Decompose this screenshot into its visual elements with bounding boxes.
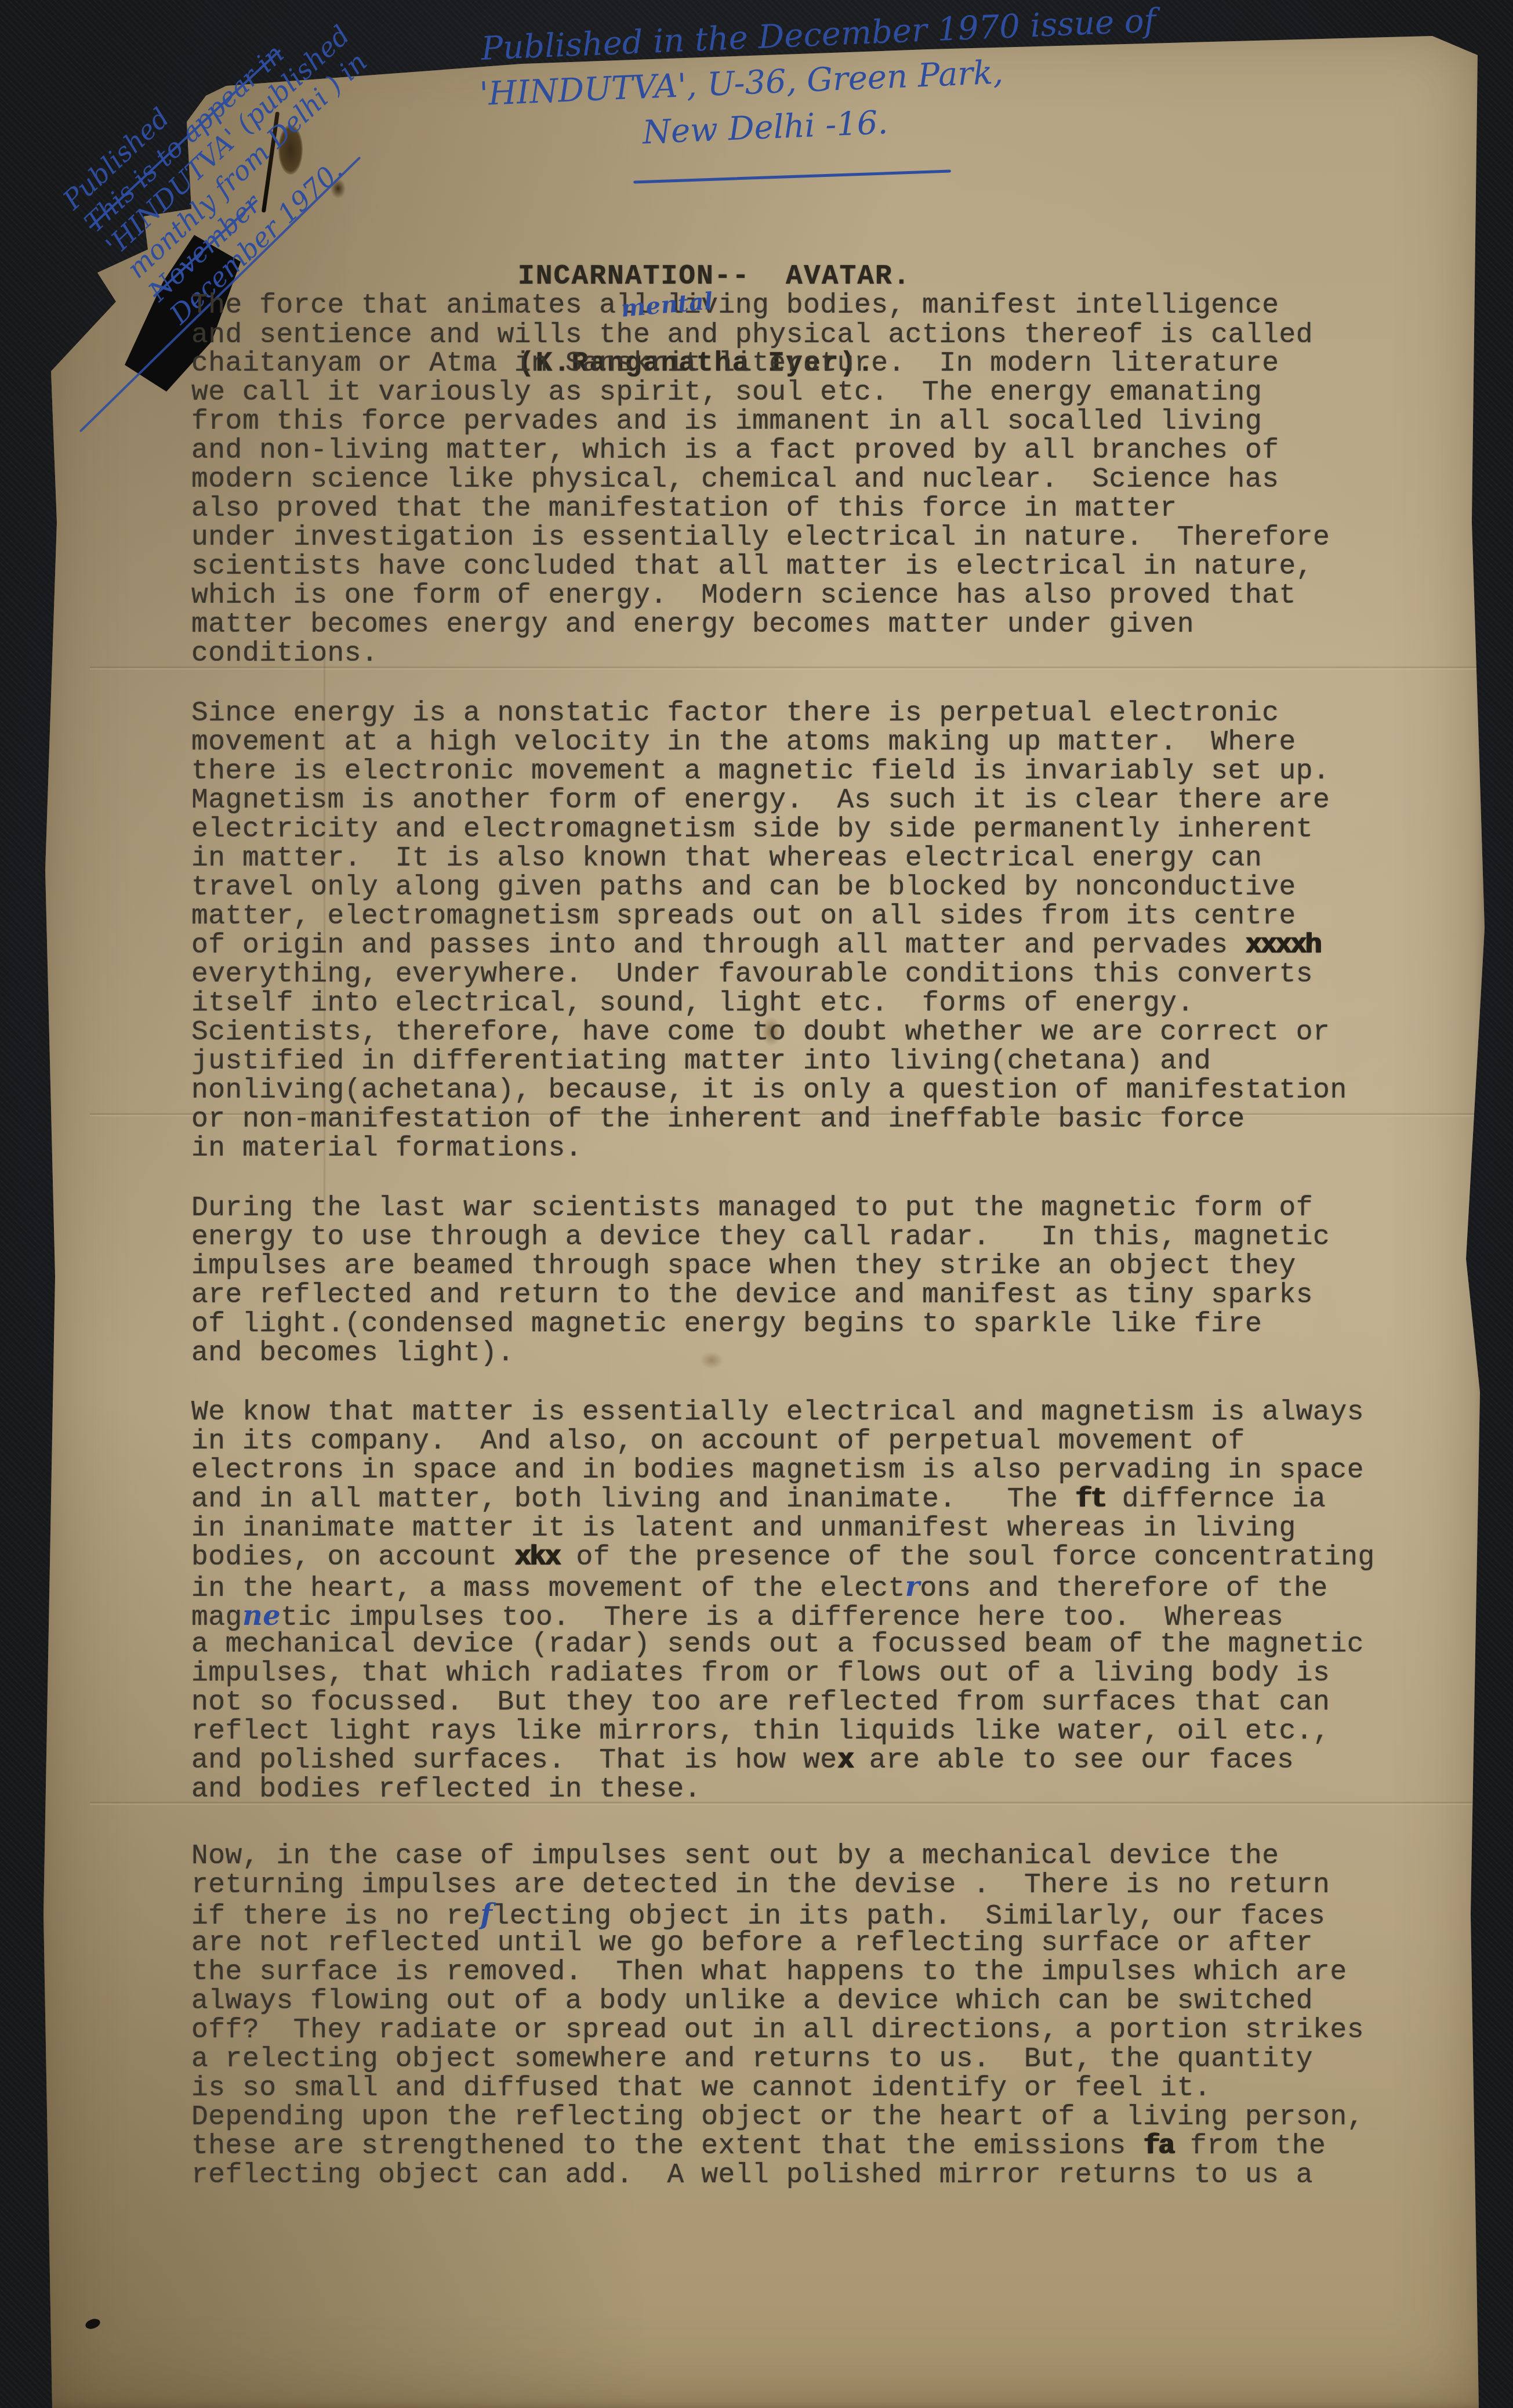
typed-text: Since energy is a nonstatic factor there… (191, 698, 1279, 729)
ink-blot (84, 2317, 101, 2330)
typed-line: chaitanyam or Atma in Sanskrit literatur… (191, 349, 1330, 378)
typed-text: justified in differentiating matter into… (191, 1046, 1211, 1077)
typed-line: returning impulses are detected in the d… (191, 1871, 1364, 1900)
typed-text: and polished surfaces. That is how we (191, 1745, 837, 1776)
typed-text: movement at a high velocity in the atoms… (191, 727, 1296, 758)
overstrike-text: ft (1075, 1484, 1105, 1515)
typed-text: in inanimate matter it is latent and unm… (191, 1513, 1296, 1544)
typed-text: energy to use through a device they call… (191, 1222, 1330, 1253)
typed-text: matter becomes energy and energy becomes… (191, 609, 1194, 640)
typed-text: which is one form of energy. Modern scie… (191, 580, 1296, 611)
typed-line: of origin and passes into and through al… (191, 931, 1347, 960)
typed-text: bodies, on account (191, 1542, 514, 1573)
typed-line: not so focussed. But they too are reflec… (191, 1688, 1375, 1717)
typed-text: We know that matter is essentially elect… (191, 1397, 1364, 1428)
article-title: INCARNATION-- AVATAR. (518, 262, 911, 291)
typed-line: electricity and electromagnetism side by… (191, 815, 1347, 844)
typed-line: impulses, that which radiates from or fl… (191, 1659, 1375, 1688)
typed-text: modern science like physical, chemical a… (191, 464, 1279, 495)
typed-line: and sentience and wills themental and ph… (191, 320, 1330, 349)
typed-text: Depending upon the reflecting object or … (191, 2102, 1364, 2133)
typed-text: of the presence of the soul force concen… (559, 1542, 1375, 1573)
typed-text: and non-living matter, which is a fact p… (191, 435, 1279, 466)
typed-line: and bodies reflected in these. (191, 1775, 1375, 1804)
typed-line: also proved that the manifestation of th… (191, 494, 1330, 523)
typed-text: in the heart, a mass movement of the ele… (191, 1573, 905, 1605)
typed-text: are able to see our faces (852, 1745, 1294, 1776)
typed-text: a mechanical device (radar) sends out a … (191, 1629, 1364, 1660)
typed-text: or non-manifestation of the inherent and… (191, 1104, 1245, 1135)
typed-text: scientists have concluded that all matte… (191, 551, 1313, 582)
typed-text: always flowing out of a body unlike a de… (191, 1986, 1313, 2017)
handwritten-correction: r (905, 1570, 920, 1603)
typed-line: and becomes light). (191, 1339, 1330, 1368)
typed-line: of light.(condensed magnetic energy begi… (191, 1310, 1330, 1339)
typed-text: and in all matter, both living and inani… (191, 1484, 1075, 1515)
top-annotation: Published in the December 1970 issue of … (480, 0, 1160, 162)
typed-line: in its company. And also, on account of … (191, 1427, 1375, 1456)
typed-line: movement at a high velocity in the atoms… (191, 728, 1347, 757)
typed-line: We know that matter is essentially elect… (191, 1398, 1375, 1427)
typed-text: is so small and diffused that we cannot … (191, 2073, 1211, 2104)
typed-line: Magnetism is another form of energy. As … (191, 786, 1347, 815)
typed-line: from this force pervades and is immanent… (191, 407, 1330, 436)
typed-text: chaitanyam or Atma in Sanskrit literatur… (191, 348, 1279, 379)
overstrike-text: x (837, 1745, 852, 1776)
typed-text: travel only along given paths and can be… (191, 872, 1296, 903)
typed-line: under investigation is essentially elect… (191, 523, 1330, 552)
typed-line: travel only along given paths and can be… (191, 873, 1347, 902)
typed-line: everything, everywhere. Under favourable… (191, 960, 1347, 989)
typed-line: which is one form of energy. Modern scie… (191, 581, 1330, 610)
typed-line: Scientists, therefore, have come to doub… (191, 1018, 1347, 1047)
typed-line: are not reflected until we go before a r… (191, 1929, 1364, 1958)
typed-line: During the last war scientists managed t… (191, 1194, 1330, 1223)
typed-line: magnetic impulses too. There is a differ… (191, 1601, 1375, 1630)
typed-paragraph-5: Now, in the case of impulses sent out by… (191, 1842, 1364, 2190)
typed-line: is so small and diffused that we cannot … (191, 2074, 1364, 2103)
handwritten-correction: ne (242, 1599, 281, 1632)
typed-line: in material formations. (191, 1134, 1347, 1163)
typed-text: and physical actions thereof is called (650, 320, 1313, 351)
typed-paragraph-3: During the last war scientists managed t… (191, 1194, 1330, 1368)
typed-text: in material formations. (191, 1133, 582, 1164)
typed-text: ons and therefore of the (920, 1573, 1328, 1605)
typed-paragraph-4: We know that matter is essentially elect… (191, 1398, 1375, 1804)
typed-line: reflecting object can add. A well polish… (191, 2161, 1364, 2190)
handwritten-correction: f (480, 1898, 492, 1931)
typed-text: impulses, that which radiates from or fl… (191, 1658, 1330, 1689)
typed-text: are not reflected until we go before a r… (191, 1928, 1313, 1959)
typed-text: and bodies reflected in these. (191, 1774, 701, 1805)
typed-text: also proved that the manifestation of th… (191, 493, 1177, 524)
typed-text: everything, everywhere. Under favourable… (191, 959, 1313, 990)
typed-line: we call it variously as spirit, soul etc… (191, 378, 1330, 407)
typed-line: are reflected and return to the device a… (191, 1281, 1330, 1310)
typed-text: impulses are beamed through space when t… (191, 1251, 1296, 1282)
typed-line: reflect light rays like mirrors, thin li… (191, 1717, 1375, 1746)
typed-text: Scientists, therefore, have come to doub… (191, 1017, 1330, 1048)
typed-line: these are strengthened to the extent tha… (191, 2132, 1364, 2161)
typed-line: always flowing out of a body unlike a de… (191, 1987, 1364, 2016)
typed-line: bodies, on account xkx of the presence o… (191, 1543, 1375, 1572)
typed-text: The force that animates all living bodie… (191, 290, 1279, 321)
typed-line: matter becomes energy and energy becomes… (191, 610, 1330, 639)
typed-text: under investigation is essentially elect… (191, 522, 1330, 553)
typed-paragraph-2: Since energy is a nonstatic factor there… (191, 699, 1347, 1163)
typed-line: itself into electrical, sound, light etc… (191, 989, 1347, 1018)
typed-line: if there is no reflecting object in its … (191, 1900, 1364, 1929)
typed-line: a relecting object somewhere and returns… (191, 2045, 1364, 2074)
typed-line: a mechanical device (radar) sends out a … (191, 1630, 1375, 1659)
typed-text: Now, in the case of impulses sent out by… (191, 1841, 1279, 1872)
typed-text: we call it variously as spirit, soul etc… (191, 377, 1262, 408)
typed-line: modern science like physical, chemical a… (191, 465, 1330, 494)
typed-line: or non-manifestation of the inherent and… (191, 1105, 1347, 1134)
typed-text: the surface is removed. Then what happen… (191, 1957, 1347, 1988)
typed-text: from this force pervades and is immanent… (191, 406, 1262, 437)
typed-line: in inanimate matter it is latent and unm… (191, 1514, 1375, 1543)
typed-text: Magnetism is another form of energy. As … (191, 785, 1330, 816)
typed-text: a relecting object somewhere and returns… (191, 2044, 1313, 2075)
typed-line: off? They radiate or spread out in all d… (191, 2016, 1364, 2045)
typed-line: Since energy is a nonstatic factor there… (191, 699, 1347, 728)
typed-line: electrons in space and in bodies magneti… (191, 1456, 1375, 1485)
typed-text: During the last war scientists managed t… (191, 1193, 1313, 1224)
typed-text: electricity and electromagnetism side by… (191, 814, 1313, 845)
typed-text: reflecting object can add. A well polish… (191, 2160, 1313, 2191)
typed-line: scientists have concluded that all matte… (191, 552, 1330, 581)
overstrike-text: xxxxh (1245, 930, 1320, 961)
typed-text: these are strengthened to the extent tha… (191, 2131, 1143, 2162)
typed-line: energy to use through a device they call… (191, 1223, 1330, 1252)
typed-text: in matter. It is also known that whereas… (191, 843, 1262, 874)
typed-text: conditions. (191, 638, 378, 669)
typed-line: The force that animates all living bodie… (191, 291, 1330, 320)
typed-line: and polished surfaces. That is how wex a… (191, 1746, 1375, 1775)
typed-text: are reflected and return to the device a… (191, 1280, 1313, 1311)
overstrike-text: fa (1143, 2131, 1173, 2162)
typed-line: nonliving(achetana), because, it is only… (191, 1076, 1347, 1105)
typed-line: matter, electromagnetism spreads out on … (191, 902, 1347, 931)
typed-line: the surface is removed. Then what happen… (191, 1958, 1364, 1987)
typed-line: justified in differentiating matter into… (191, 1047, 1347, 1076)
typed-text: reflect light rays like mirrors, thin li… (191, 1716, 1330, 1747)
typed-line: in the heart, a mass movement of the ele… (191, 1572, 1375, 1601)
typed-text: of origin and passes into and through al… (191, 930, 1245, 961)
typed-text: from the (1173, 2131, 1326, 2162)
typed-text: nonliving(achetana), because, it is only… (191, 1075, 1347, 1106)
typed-paragraph-1: The force that animates all living bodie… (191, 291, 1330, 668)
typed-line: conditions. (191, 639, 1330, 668)
typed-line: impulses are beamed through space when t… (191, 1252, 1330, 1281)
typed-text: itself into electrical, sound, light etc… (191, 988, 1194, 1019)
typed-text: of light.(condensed magnetic energy begi… (191, 1309, 1262, 1340)
typed-text: returning impulses are detected in the d… (191, 1870, 1330, 1901)
typed-text: and becomes light). (191, 1338, 514, 1369)
overstrike-text: xkx (514, 1542, 559, 1573)
typed-text: there is electronic movement a magnetic … (191, 756, 1330, 787)
typed-text: not so focussed. But they too are reflec… (191, 1687, 1330, 1718)
typed-text: matter, electromagnetism spreads out on … (191, 901, 1296, 932)
typed-line: Depending upon the reflecting object or … (191, 2103, 1364, 2132)
typed-text: off? They radiate or spread out in all d… (191, 2015, 1364, 2046)
typed-text: differnce ia (1105, 1484, 1326, 1515)
typed-line: and non-living matter, which is a fact p… (191, 436, 1330, 465)
typed-line: and in all matter, both living and inani… (191, 1485, 1375, 1514)
typed-text: in its company. And also, on account of … (191, 1426, 1245, 1457)
typed-line: Now, in the case of impulses sent out by… (191, 1842, 1364, 1871)
typed-line: there is electronic movement a magnetic … (191, 757, 1347, 786)
typed-text: and sentience and wills the (191, 320, 650, 351)
scan-background: { "scene": { "background_color": "#1d1e2… (0, 0, 1513, 2408)
typed-text: electrons in space and in bodies magneti… (191, 1455, 1364, 1486)
typed-line: in matter. It is also known that whereas… (191, 844, 1347, 873)
